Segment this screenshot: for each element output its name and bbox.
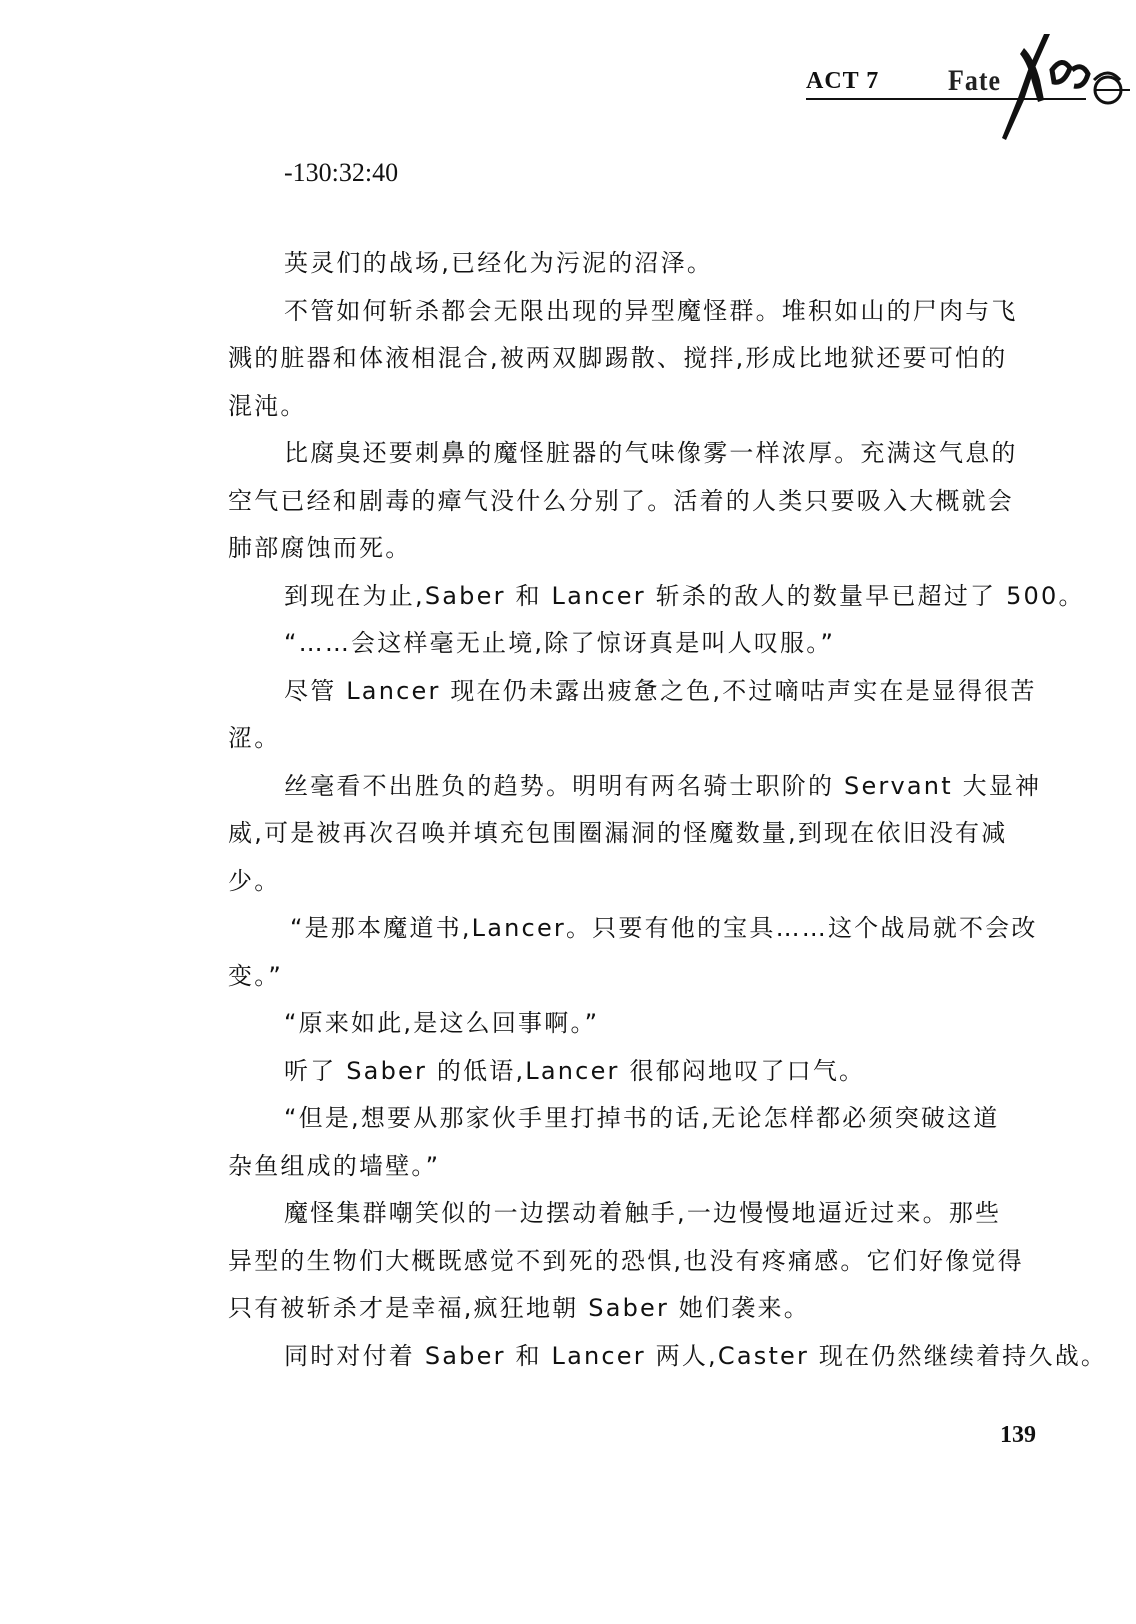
text-line: 同时对付着 Saber 和 Lancer 两人,Caster 现在仍然继续着持久… xyxy=(228,1333,998,1381)
fate-zero-logo: Fate xyxy=(948,30,1136,160)
text-line: 只有被斩杀才是幸福,疯狂地朝 Saber 她们袭来。 xyxy=(228,1285,998,1333)
body-text: 英灵们的战场,已经化为污泥的沼泽。 不管如何斩杀都会无限出现的异型魔怪群。堆积如… xyxy=(228,240,998,1380)
text-line: 比腐臭还要刺鼻的魔怪脏器的气味像雾一样浓厚。充满这气息的 xyxy=(228,430,998,478)
text-line: “原来如此,是这么回事啊。” xyxy=(228,1000,998,1048)
running-header: ACT 7 Fate xyxy=(806,60,1136,170)
text-line: 听了 Saber 的低语,Lancer 很郁闷地叹了口气。 xyxy=(228,1048,998,1096)
page-number: 139 xyxy=(1000,1422,1036,1449)
text-line: 异型的生物们大概既感觉不到死的恐惧,也没有疼痛感。它们好像觉得 xyxy=(228,1238,998,1286)
scene-timestamp: -130:32:40 xyxy=(284,158,398,188)
text-line: 变。” xyxy=(228,953,998,1001)
text-line: “但是,想要从那家伙手里打掉书的话,无论怎样都必须突破这道 xyxy=(228,1095,998,1143)
text-line: “……会这样毫无止境,除了惊讶真是叫人叹服。” xyxy=(228,620,998,668)
chapter-label: ACT 7 xyxy=(806,68,879,95)
text-line: 肺部腐蚀而死。 xyxy=(228,525,998,573)
text-line: 魔怪集群嘲笑似的一边摆动着触手,一边慢慢地逼近过来。那些 xyxy=(228,1190,998,1238)
text-line: 涩。 xyxy=(228,715,998,763)
text-line: 混沌。 xyxy=(228,383,998,431)
text-line: 丝毫看不出胜负的趋势。明明有两名骑士职阶的 Servant 大显神 xyxy=(228,763,998,811)
text-line: 英灵们的战场,已经化为污泥的沼泽。 xyxy=(228,240,998,288)
text-line: 少。 xyxy=(228,858,998,906)
text-line: 到现在为止,Saber 和 Lancer 斩杀的敌人的数量早已超过了 500。 xyxy=(228,573,998,621)
zero-slash-logo-icon xyxy=(948,30,1136,160)
text-line: 不管如何斩杀都会无限出现的异型魔怪群。堆积如山的尸肉与飞 xyxy=(228,288,998,336)
text-line: 溅的脏器和体液相混合,被两双脚踢散、搅拌,形成比地狱还要可怕的 xyxy=(228,335,998,383)
text-line: 杂鱼组成的墙壁。” xyxy=(228,1143,998,1191)
text-line: 尽管 Lancer 现在仍未露出疲惫之色,不过嘀咕声实在是显得很苦 xyxy=(228,668,998,716)
text-line: 空气已经和剧毒的瘴气没什么分别了。活着的人类只要吸入大概就会 xyxy=(228,478,998,526)
text-line: “是那本魔道书,Lancer。只要有他的宝具……这个战局就不会改 xyxy=(228,905,998,953)
text-line: 威,可是被再次召唤并填充包围圈漏洞的怪魔数量,到现在依旧没有减 xyxy=(228,810,998,858)
